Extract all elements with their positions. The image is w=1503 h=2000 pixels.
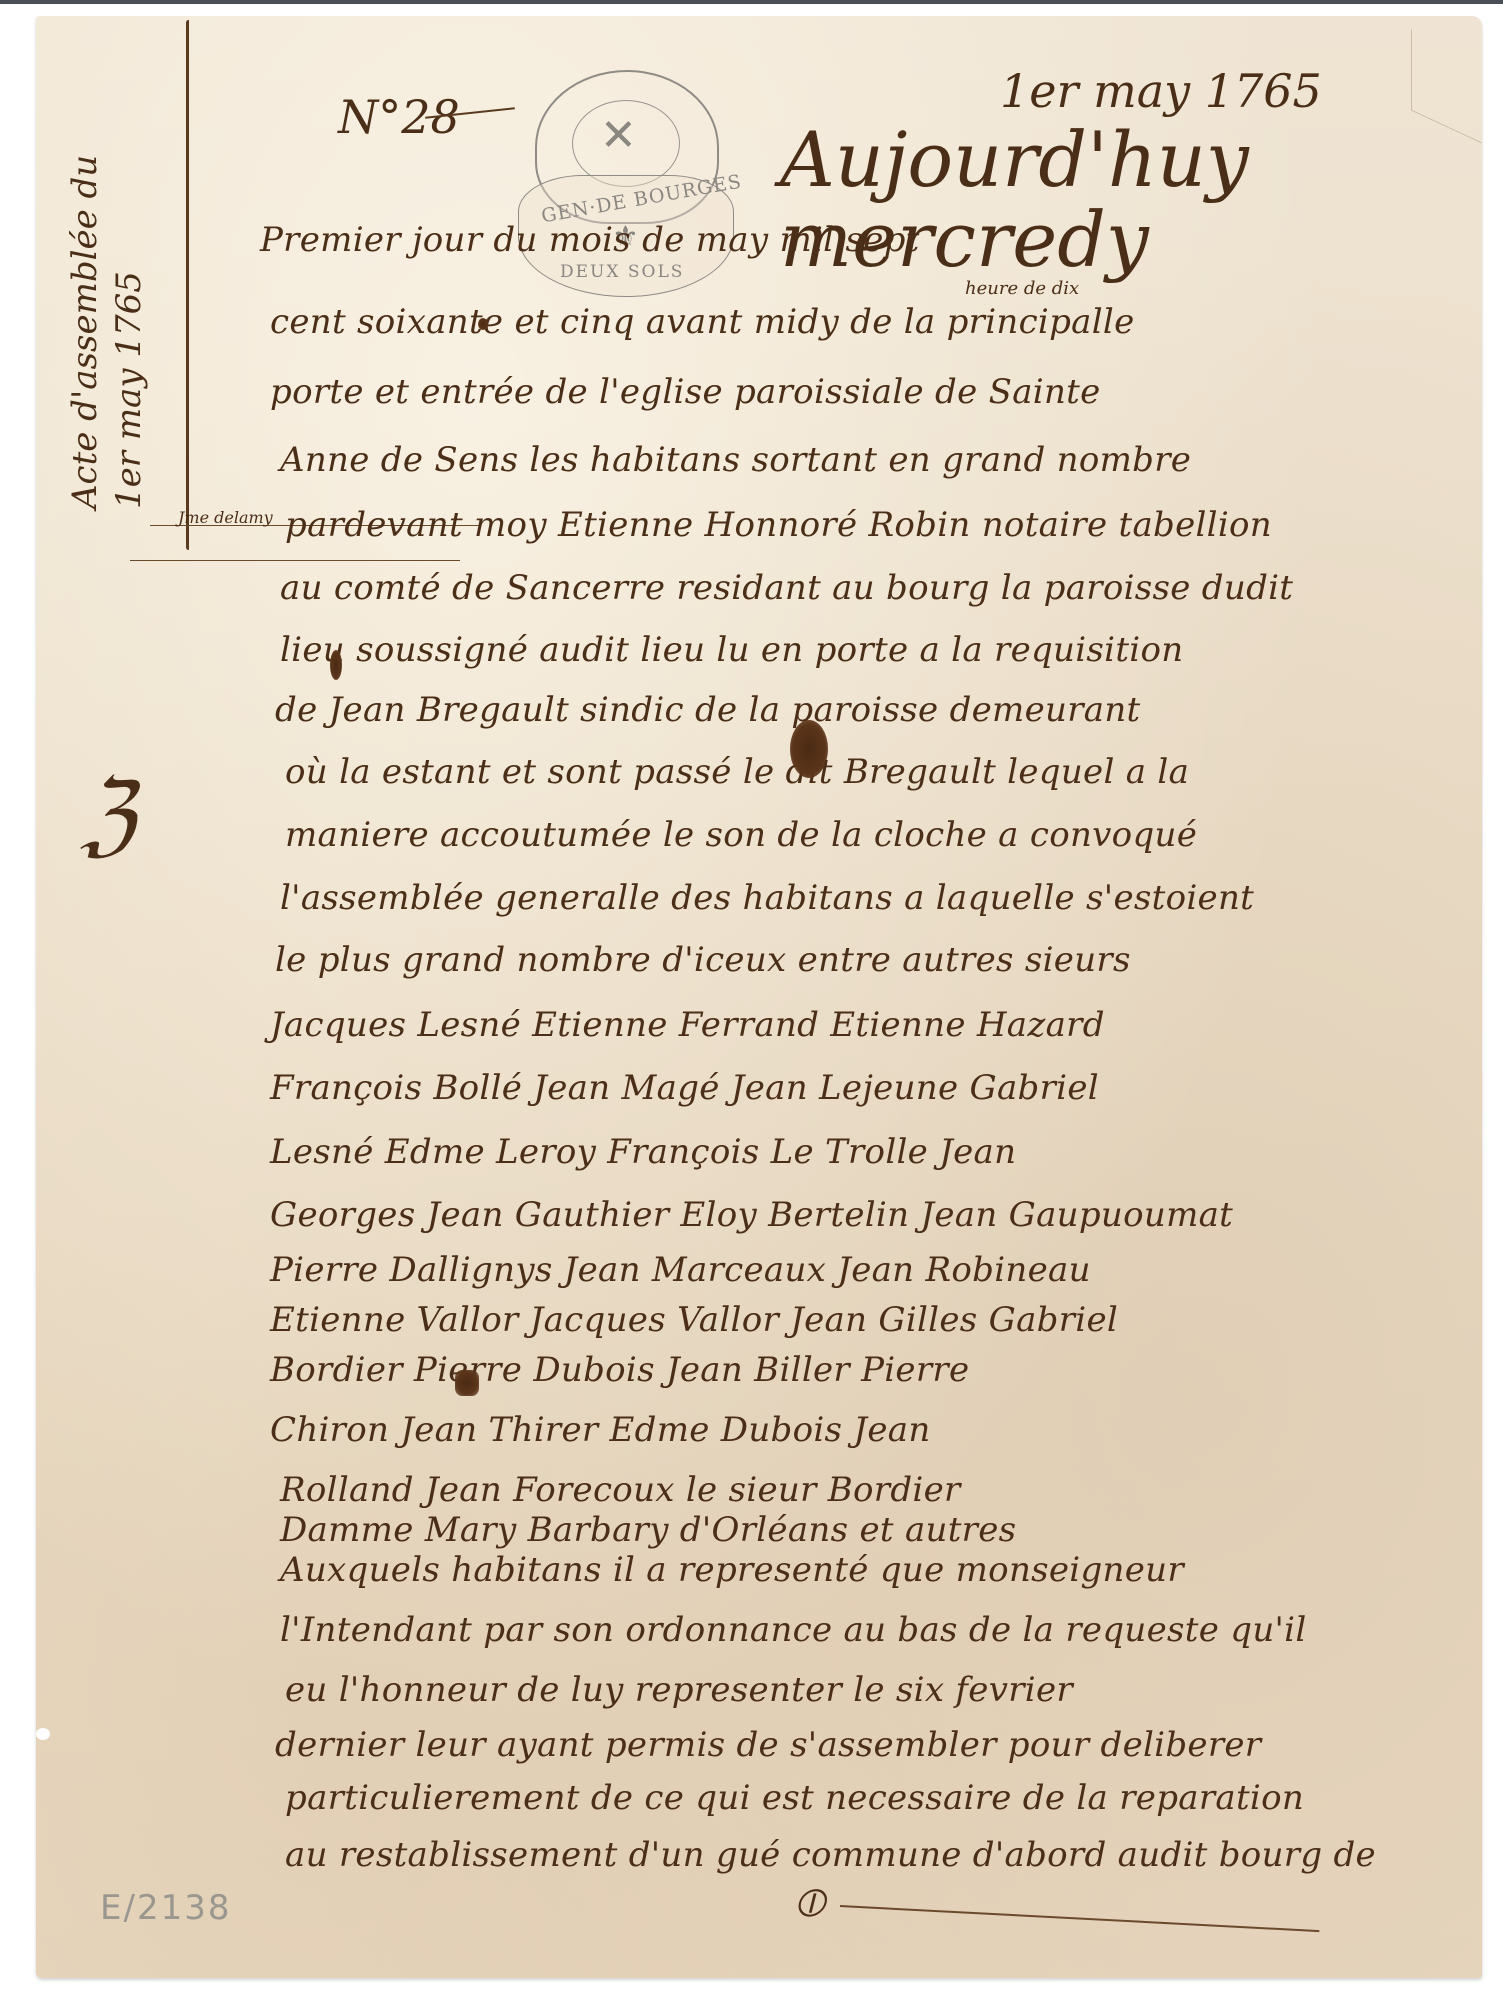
text-line: au comté de Sancerre residant au bourg l…	[280, 568, 1293, 608]
text-line: l'assemblée generalle des habitans a laq…	[280, 878, 1254, 918]
text-line: maniere accoutumée le son de la cloche a…	[285, 815, 1197, 855]
text-line: eu l'honneur de luy representer le six f…	[285, 1670, 1073, 1710]
text-line: de Jean Bregault sindic de la paroisse d…	[275, 690, 1141, 730]
margin-rule-lower	[130, 560, 460, 561]
closing-paraphe-icon: ⦶	[795, 1880, 824, 1926]
ink-blot	[330, 650, 342, 680]
ink-blot	[790, 720, 828, 778]
text-line: Etienne Vallor Jacques Vallor Jean Gille…	[270, 1300, 1118, 1340]
archival-shelfmark: E/2138	[100, 1888, 231, 1928]
text-line: Bordier Pierre Dubois Jean Biller Pierre	[270, 1350, 969, 1390]
ink-blot	[455, 1370, 479, 1396]
text-line: pardevant moy Etienne Honnoré Robin nota…	[285, 505, 1272, 545]
text-line: Damme Mary Barbary d'Orléans et autres	[280, 1510, 1016, 1550]
document-number: N°28	[338, 90, 460, 144]
stamp-bottom-text: DEUX SOLS	[560, 262, 684, 282]
text-line: Lesné Edme Leroy François Le Trolle Jean	[270, 1132, 1016, 1172]
text-line: Rolland Jean Forecoux le sieur Bordier	[280, 1470, 961, 1510]
text-line: Premier jour du mois de may mil sept	[260, 220, 920, 260]
text-line: porte et entrée de l'eglise paroissiale …	[270, 372, 1101, 412]
text-line: l'Intendant par son ordonnance au bas de…	[280, 1610, 1307, 1650]
margin-abbreviation: Jme delamy	[178, 508, 273, 527]
text-line: Anne de Sens les habitans sortant en gra…	[280, 440, 1191, 480]
margin-brace	[186, 20, 191, 550]
header-date: 1er may 1765	[1000, 64, 1322, 118]
interlinear-insertion: heure de dix	[965, 278, 1079, 299]
text-line: où la estant et sont passé le dit Bregau…	[285, 752, 1189, 792]
text-line: particulierement de ce qui est necessair…	[285, 1778, 1304, 1818]
text-line: Pierre Dallignys Jean Marceaux Jean Robi…	[270, 1250, 1091, 1290]
ink-blot	[478, 318, 488, 330]
text-line: au restablissement d'un gué commune d'ab…	[285, 1835, 1376, 1875]
text-line: François Bollé Jean Magé Jean Lejeune Ga…	[270, 1068, 1099, 1108]
crossed-branches-icon: ✕	[600, 110, 637, 161]
text-line: le plus grand nombre d'iceux entre autre…	[275, 940, 1131, 980]
text-line: dernier leur ayant permis de s'assembler…	[275, 1725, 1261, 1765]
tax-stamp: ✕ GEN·DE BOURGES ⚜ DEUX SOLS	[500, 70, 750, 300]
text-line: cent soixante et cinq avant midy de la p…	[270, 302, 1135, 342]
paper-hole	[36, 1728, 50, 1740]
text-line: lieu soussigné audit lieu lu en porte a …	[280, 630, 1183, 670]
text-line: Auxquels habitans il a representé que mo…	[280, 1550, 1184, 1590]
margin-note: Acte d'assemblée du 1er may 1765	[52, 60, 172, 520]
text-line: Chiron Jean Thirer Edme Dubois Jean	[270, 1410, 931, 1450]
margin-note-line-2: 1er may 1765	[107, 79, 151, 509]
margin-note-line-1: Acte d'assemblée du	[63, 79, 107, 509]
text-line: Jacques Lesné Etienne Ferrand Etienne Ha…	[270, 1005, 1105, 1045]
top-edge-bar	[0, 0, 1503, 4]
margin-paraphe-icon: ℨ	[80, 770, 135, 860]
text-line: Georges Jean Gauthier Eloy Bertelin Jean…	[270, 1195, 1233, 1235]
